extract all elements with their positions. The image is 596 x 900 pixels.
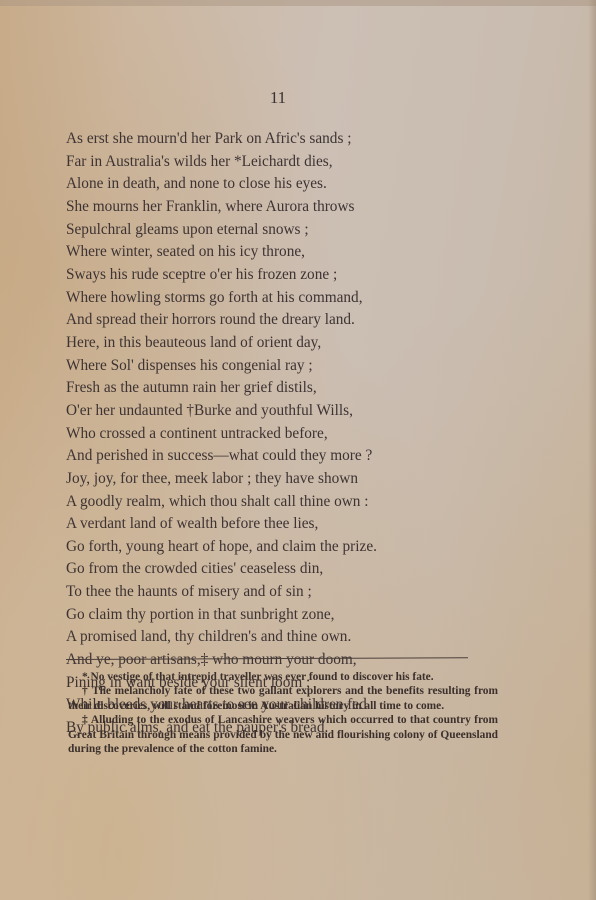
page-right-edge bbox=[588, 0, 596, 900]
poem-line: Joy, joy, for thee, meek labor ; they ha… bbox=[66, 468, 486, 491]
poem-line: Where winter, seated on his icy throne, bbox=[66, 241, 486, 264]
footnote-burke-wills: † The melancholy fate of these two galla… bbox=[68, 684, 498, 713]
poem-line: Sways his rude sceptre o'er his frozen z… bbox=[66, 264, 486, 287]
book-page: 11 As erst she mourn'd her Park on Afric… bbox=[0, 0, 596, 900]
poem-line: And spread their horrors round the drear… bbox=[66, 309, 486, 332]
footnotes: * No vestige of that intrepid traveller … bbox=[68, 670, 498, 756]
poem-line: Go forth, young heart of hope, and claim… bbox=[66, 536, 486, 559]
poem-line: And ye, poor artisans,‡ who mourn your d… bbox=[66, 649, 486, 672]
poem-line: To thee the haunts of misery and of sin … bbox=[66, 581, 486, 604]
poem-line: Alone in death, and none to close his ey… bbox=[66, 173, 486, 196]
footnote-lancashire: ‡ Alluding to the exodus of Lancashire w… bbox=[68, 713, 498, 756]
page-number: 11 bbox=[0, 88, 556, 108]
poem-line: Where Sol' dispenses his congenial ray ; bbox=[66, 355, 486, 378]
poem-line: Here, in this beauteous land of orient d… bbox=[66, 332, 486, 355]
poem-line: Go claim thy portion in that sunbright z… bbox=[66, 604, 486, 627]
poem-line: A promised land, thy children's and thin… bbox=[66, 626, 486, 649]
poem-line: Far in Australia's wilds her *Leichardt … bbox=[66, 151, 486, 174]
poem-line: Sepulchral gleams upon eternal snows ; bbox=[66, 219, 486, 242]
footnote-leichardt: * No vestige of that intrepid traveller … bbox=[68, 670, 498, 684]
page-top-edge bbox=[0, 0, 596, 6]
poem-line: A goodly realm, which thou shalt call th… bbox=[66, 491, 486, 514]
poem-line: As erst she mourn'd her Park on Afric's … bbox=[66, 128, 486, 151]
poem-line: She mourns her Franklin, where Aurora th… bbox=[66, 196, 486, 219]
poem-text: As erst she mourn'd her Park on Afric's … bbox=[66, 128, 486, 740]
poem-line: Where howling storms go forth at his com… bbox=[66, 287, 486, 310]
poem-line: O'er her undaunted †Burke and youthful W… bbox=[66, 400, 486, 423]
poem-line: A verdant land of wealth before thee lie… bbox=[66, 513, 486, 536]
poem-line: And perished in success—what could they … bbox=[66, 445, 486, 468]
poem-line: Go from the crowded cities' ceaseless di… bbox=[66, 558, 486, 581]
poem-line: Fresh as the autumn rain her grief disti… bbox=[66, 377, 486, 400]
poem-line: Who crossed a continent untracked before… bbox=[66, 423, 486, 446]
